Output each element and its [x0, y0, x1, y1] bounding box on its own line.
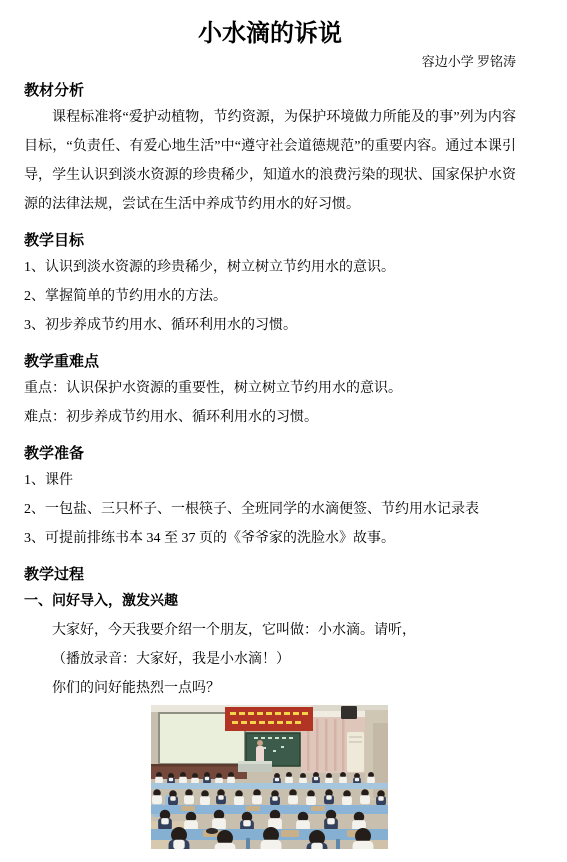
goal-item: 2、掌握简单的节约用水的方法。: [24, 282, 516, 311]
classroom-photo: [151, 705, 388, 849]
page-title: 小水滴的诉说: [24, 20, 516, 46]
photo-teacher: [256, 740, 264, 764]
dialogue-line: 你们的问好能热烈一点吗？: [24, 674, 516, 703]
preparation-item: 3、可提前排练书本 34 至 37 页的《爷爷家的洗脸水》故事。: [24, 524, 516, 553]
section-heading-key-points: 教学重难点: [24, 352, 516, 370]
section-heading-material-analysis: 教材分析: [24, 81, 516, 99]
byline: 容边小学 罗铭涛: [24, 54, 516, 69]
goal-item: 1、认识到淡水资源的珍贵稀少，树立树立节约用水的意识。: [24, 253, 516, 282]
section-heading-teaching-goals: 教学目标: [24, 231, 516, 249]
preparation-item: 1、课件: [24, 466, 516, 495]
photo-banner: [225, 707, 313, 731]
dialogue-line: （播放录音：大家好，我是小水滴！）: [24, 645, 516, 674]
dialogue-line: 大家好，今天我要介绍一个朋友，它叫做：小水滴。请听，: [24, 616, 516, 645]
key-point-item: 重点：认识保护水资源的重要性，树立树立节约用水的意识。: [24, 374, 516, 403]
document-page: 小水滴的诉说 容边小学 罗铭涛 教材分析 课程标准将“爱护动植物，节约资源，为保…: [0, 0, 567, 849]
classroom-photo-svg: [151, 705, 388, 849]
section-heading-preparation: 教学准备: [24, 444, 516, 462]
key-point-item: 难点：初步养成节约用水、循环利用水的习惯。: [24, 403, 516, 432]
material-analysis-paragraph: 课程标准将“爱护动植物，节约资源，为保护环境做力所能及的事”列为内容目标，“负责…: [24, 103, 516, 219]
section-heading-process: 教学过程: [24, 565, 516, 583]
photo-ac-unit: [347, 732, 364, 772]
goal-item: 3、初步养成节约用水、循环利用水的习惯。: [24, 311, 516, 340]
photo-speaker: [341, 706, 357, 719]
preparation-item: 2、一包盐、三只杯子、一根筷子、全班同学的水滴便签、节约用水记录表: [24, 495, 516, 524]
process-subheading: 一、问好导入，激发兴趣: [24, 587, 516, 616]
